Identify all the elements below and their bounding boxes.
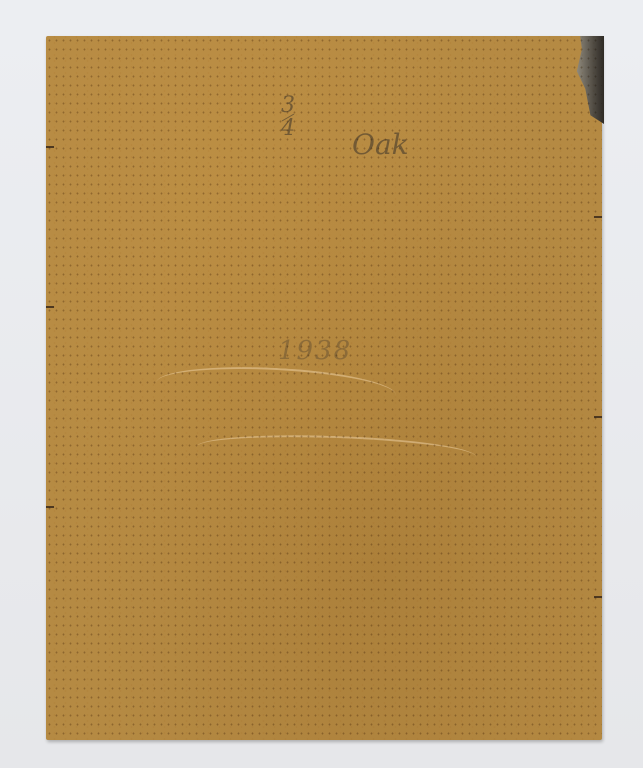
edge-mark [46,306,54,308]
edge-mark [594,416,602,418]
edge-mark [46,506,54,508]
handwritten-fraction: 3 4 [278,96,298,139]
edge-mark [594,596,602,598]
fiberboard-panel: 3 4 Oak 1938 [46,36,602,740]
surface-crease [155,362,397,417]
chipped-corner [570,36,604,124]
fraction-bar [282,114,295,122]
edge-mark [594,216,602,218]
handwritten-number: 1938 [278,336,352,366]
surface-crease [196,431,477,473]
fraction-denominator: 4 [278,119,298,139]
fraction-numerator: 3 [278,96,298,116]
handwritten-word: Oak [352,128,409,161]
edge-mark [46,146,54,148]
